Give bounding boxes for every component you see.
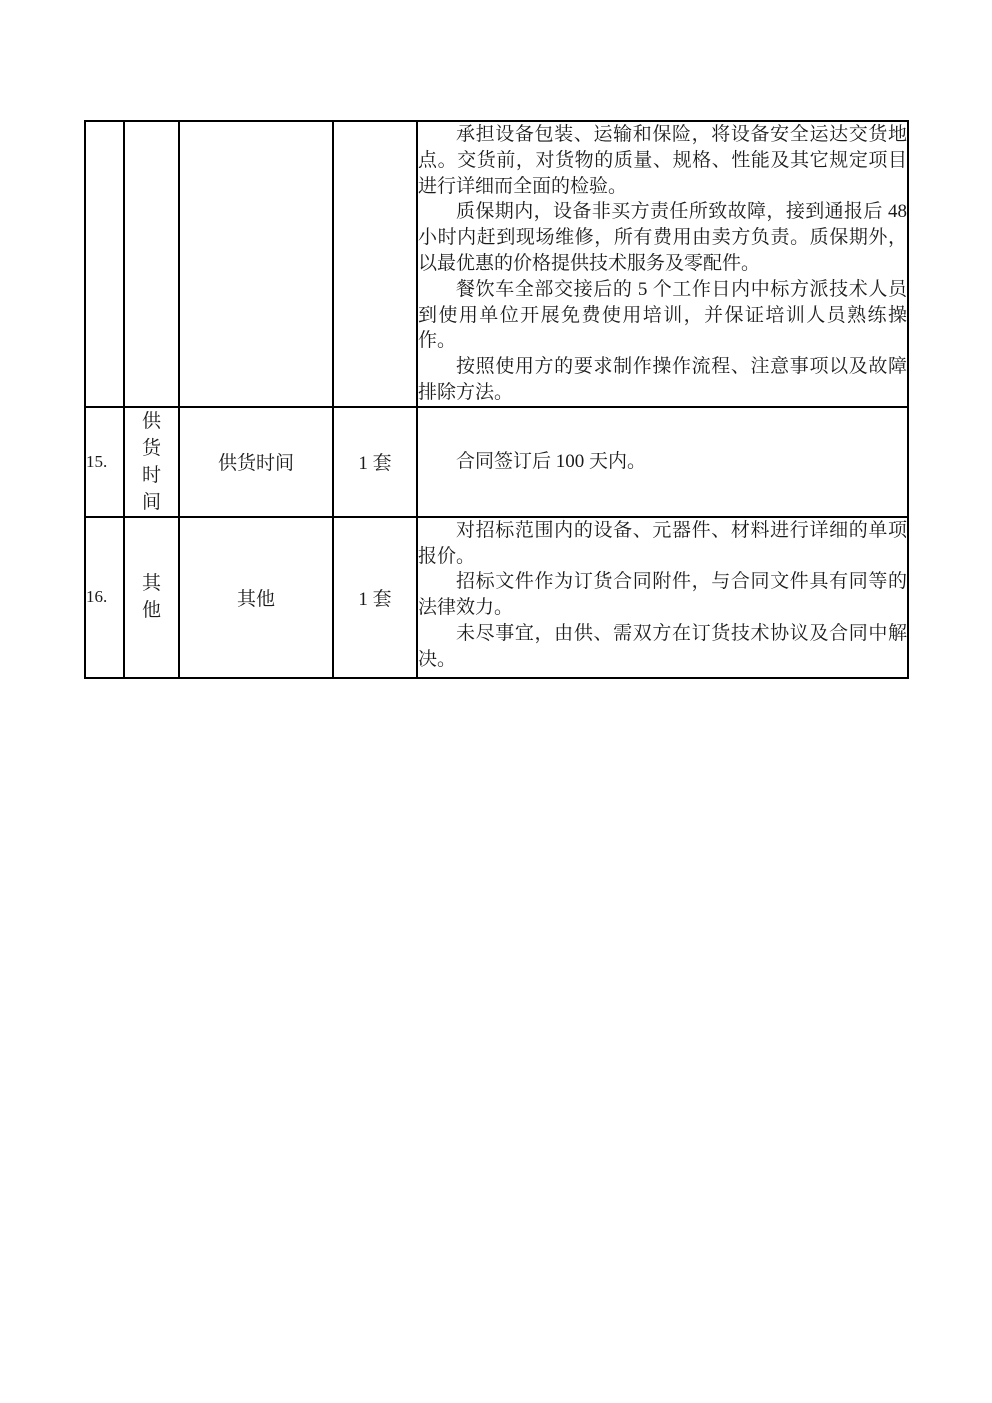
table-row-16: 16. 其 他 其他 1 套 对招标范围内的设备、元器件、材料进行详细的单项报价… [85,517,908,678]
spec-table: 承担设备包装、运输和保险，将设备安全运达交货地点。交货前，对货物的质量、规格、性… [84,120,909,679]
qty-cell: 1 套 [333,517,417,678]
category-char: 其 [125,570,178,597]
description-paragraph: 未尽事宜，由供、需双方在订货技术协议及合同中解决。 [418,621,907,673]
description-paragraph: 招标文件作为订货合同附件，与合同文件具有同等的法律效力。 [418,569,907,621]
category-char: 供 [125,408,178,435]
qty-cell: 1 套 [333,407,417,517]
qty-cell [333,121,417,407]
description-paragraph: 按照使用方的要求制作操作流程、注意事项以及故障排除方法。 [418,354,907,406]
row-no-cell: 15. [85,407,124,517]
description-paragraph: 承担设备包装、运输和保险，将设备安全运达交货地点。交货前，对货物的质量、规格、性… [418,122,907,199]
description-cell: 合同签订后 100 天内。 [417,407,908,517]
category-char: 货 [125,435,178,462]
description-cell: 承担设备包装、运输和保险，将设备安全运达交货地点。交货前，对货物的质量、规格、性… [417,121,908,407]
category-char: 时 [125,462,178,489]
category-cell: 供 货 时 间 [124,407,179,517]
table-row-15: 15. 供 货 时 间 供货时间 1 套 合同签订后 100 天内。 [85,407,908,517]
table-row-continued: 承担设备包装、运输和保险，将设备安全运达交货地点。交货前，对货物的质量、规格、性… [85,121,908,407]
item-cell: 其他 [179,517,333,678]
row-no-cell: 16. [85,517,124,678]
description-paragraph: 对招标范围内的设备、元器件、材料进行详细的单项报价。 [418,518,907,570]
description-paragraph: 质保期内，设备非买方责任所致故障，接到通报后 48 小时内赶到现场维修，所有费用… [418,199,907,276]
description-paragraph: 餐饮车全部交接后的 5 个工作日内中标方派技术人员到使用单位开展免费使用培训，并… [418,277,907,354]
row-no-cell [85,121,124,407]
category-char: 间 [125,489,178,516]
category-char: 他 [125,597,178,624]
item-cell [179,121,333,407]
category-cell: 其 他 [124,517,179,678]
description-cell: 对招标范围内的设备、元器件、材料进行详细的单项报价。 招标文件作为订货合同附件，… [417,517,908,678]
description-paragraph: 合同签订后 100 天内。 [418,449,907,475]
category-cell [124,121,179,407]
item-cell: 供货时间 [179,407,333,517]
